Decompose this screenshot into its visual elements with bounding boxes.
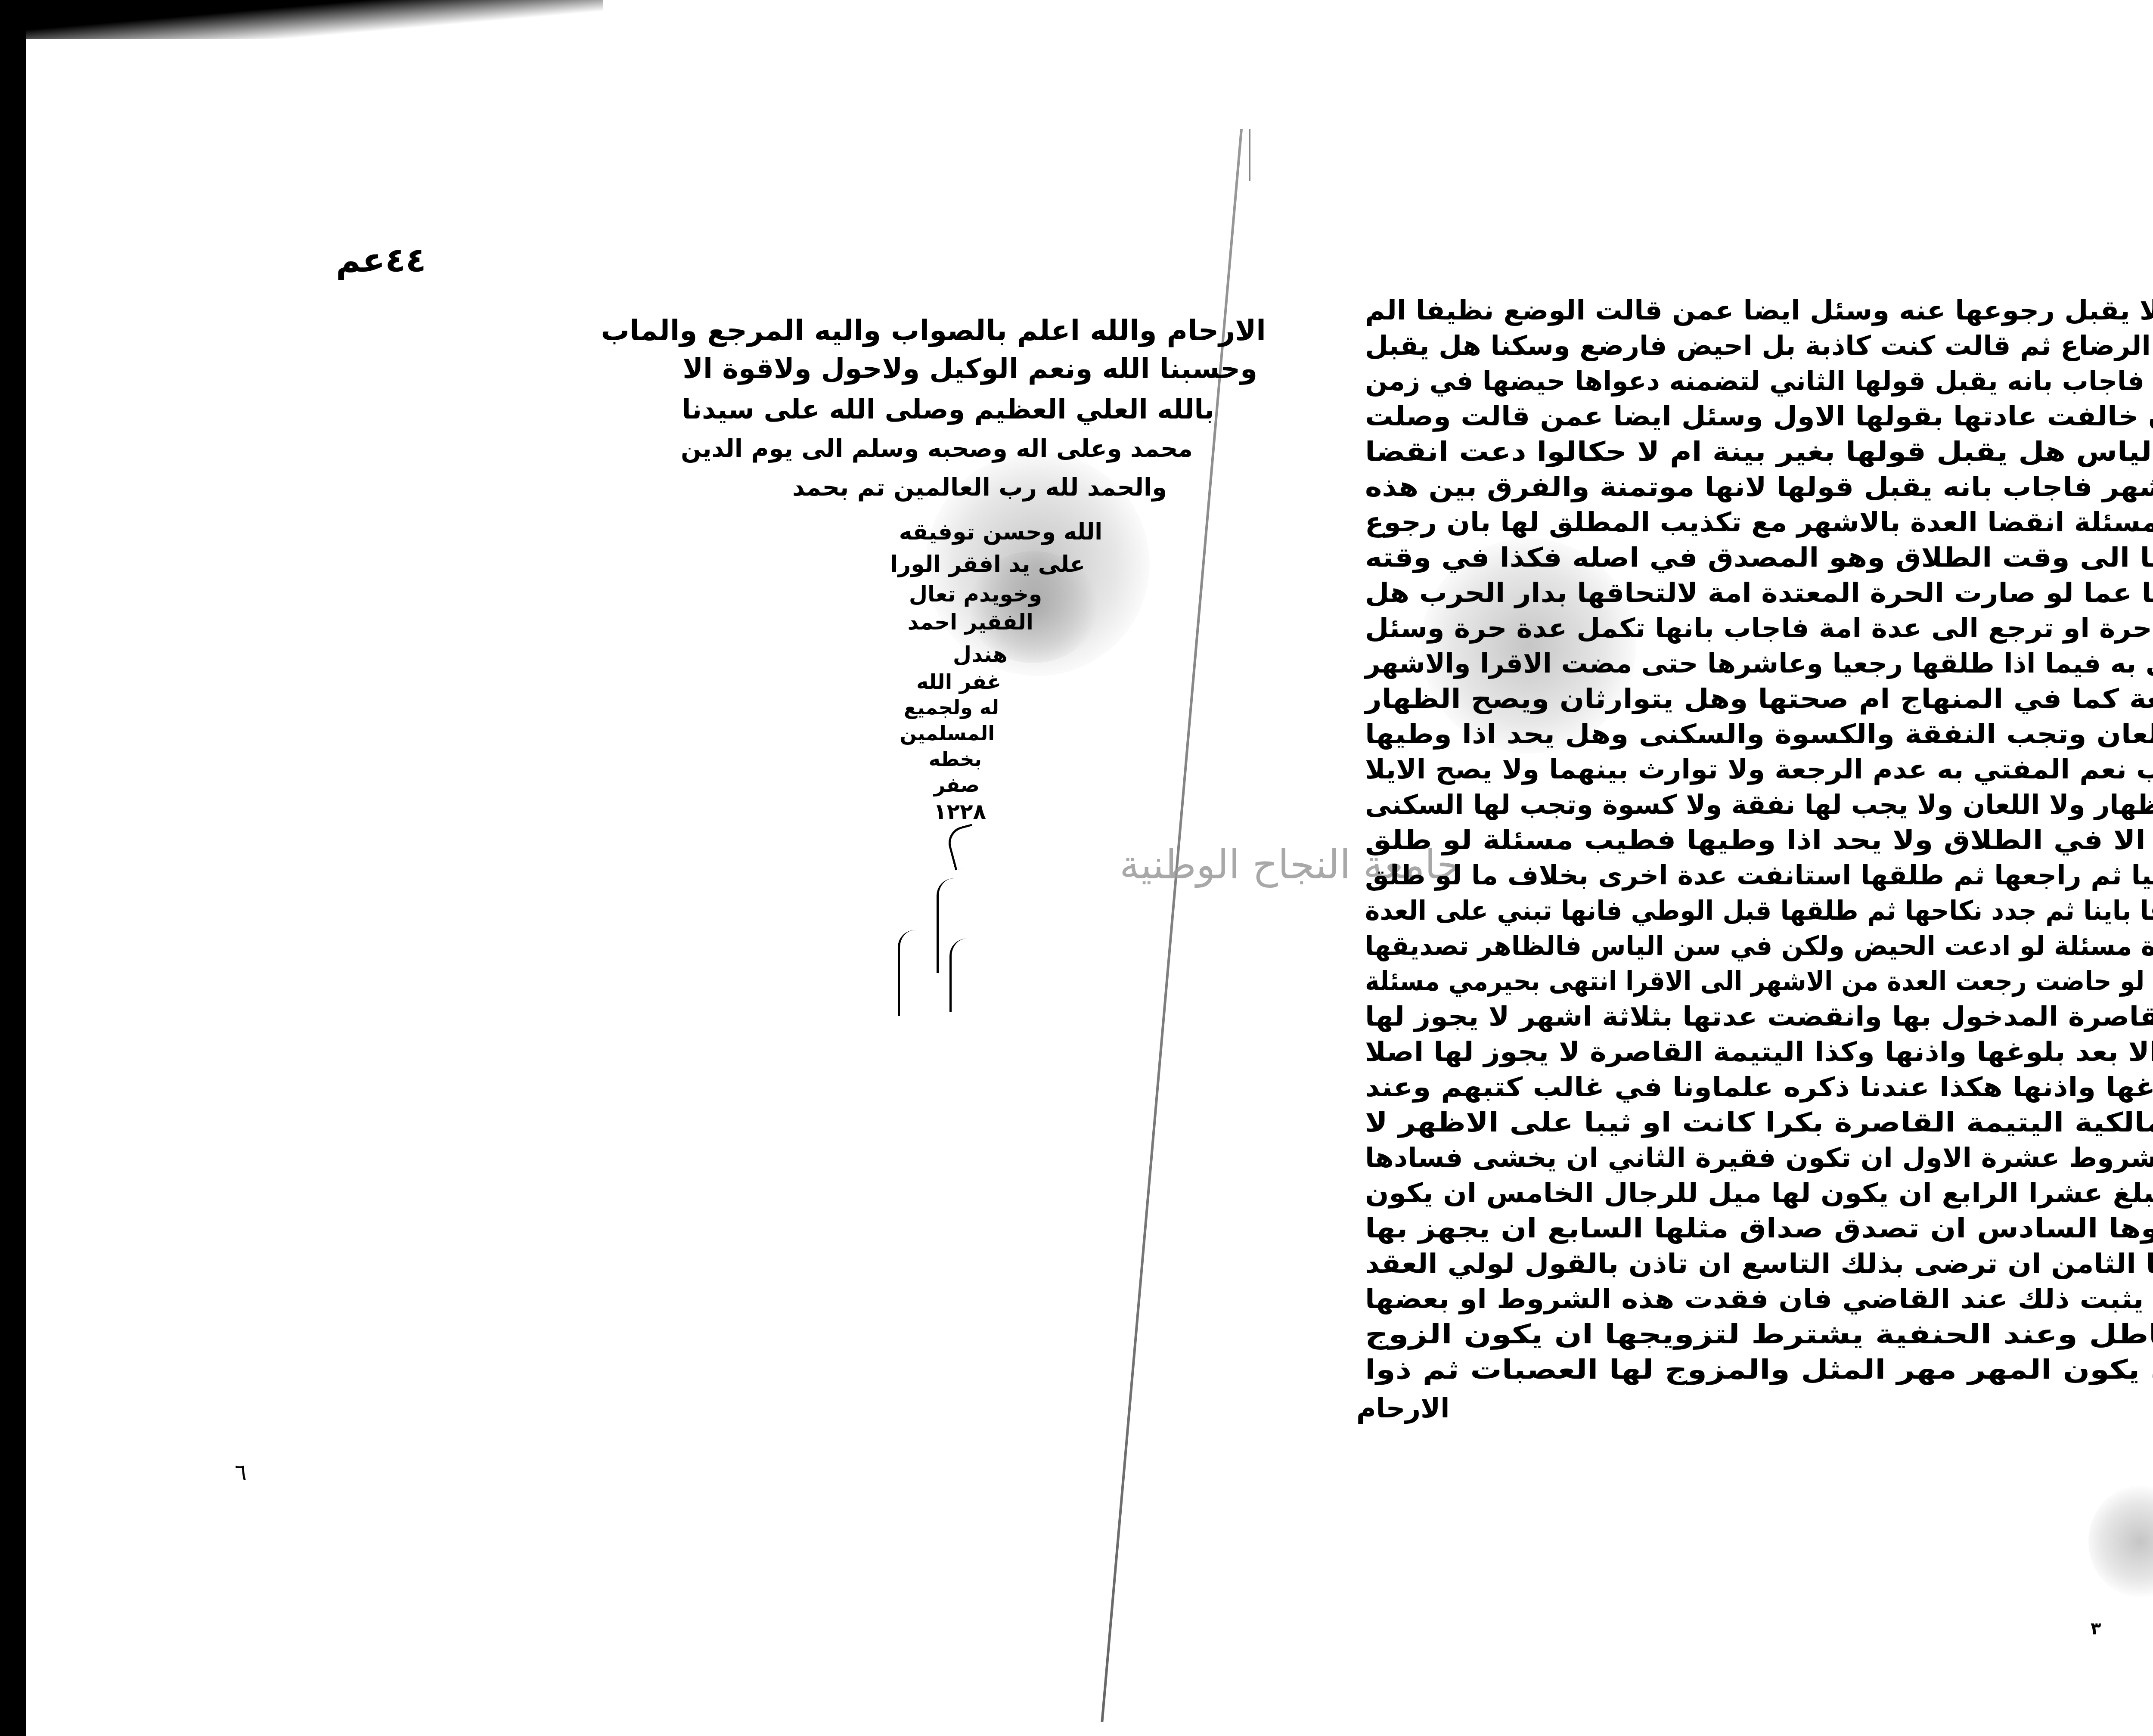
text-line: الى سن الياس هل يقبل قولها بغير بينة ام …: [1365, 438, 2153, 465]
colophon-line: وحسبنا الله ونعم الوكيل ولاحول ولاقوة ال…: [683, 355, 1257, 383]
text-line: زوجته رجعيا ثم راجعها ثم طلقها استانفت ع…: [1365, 862, 2153, 889]
text-line: احض زمن الرضاع ثم قالت كنت كاذبة بل احيض…: [1365, 332, 2153, 359]
text-line: تكمل عدة حرة او ترجع الى عدة امة فاجاب ب…: [1365, 615, 2153, 642]
text-line: لانها باين الا في الطلاق ولا يحد اذا وطي…: [1365, 827, 2153, 853]
text-line-catchword: الارحام: [1356, 1395, 1450, 1422]
colophon-line: الارحام والله اعلم بالصواب واليه المرجع …: [601, 316, 1266, 345]
colophon-flourish: [949, 939, 969, 1012]
text-line: بالاشهر فلا يقبل رجوعها عنه وسئل ايضا عم…: [1365, 297, 2153, 324]
text-line: الزوج كفوها السادس ان تصدق صداق مثلها ال…: [1365, 1215, 2153, 1242]
text-line: تتزوج الا بشروط عشرة الاول ان تكون فقيرة…: [1365, 1144, 2153, 1171]
text-line: الا بعد بلوغها واذنها هكذا عندنا ذكره عل…: [1365, 1074, 2153, 1100]
text-line: ان تتزوج الا بعد بلوغها واذنها وكذا اليت…: [1365, 1038, 2153, 1065]
manuscript-scan: جامعة النجاح الوطنية ٤٤عم الارحام والله …: [0, 0, 2153, 1736]
text-line: لو طلق القاصرة المدخول بها وانقضت عدتها …: [1365, 1003, 2153, 1030]
text-line: العاشر ان يثبت ذلك عند القاضي فان فقدت ه…: [1365, 1286, 2153, 1312]
text-line: عدم الرجعة كما في المنهاج ام صحتها وهل ي…: [1365, 685, 2153, 712]
colophon-flourish: [945, 824, 982, 871]
scanner-border-top: [0, 0, 603, 39]
text-line: فالعقد باطل وعند الحنفية يشترط لتزويجها …: [1365, 1321, 2153, 1348]
colophon-line: الفقير احمد: [908, 611, 1033, 633]
colophon-line: بالله العلي العظيم وصلى الله على سيدنا: [682, 396, 1214, 423]
text-line: وسئل ايضا عما لو صارت الحرة المعتدة امة …: [1365, 580, 2153, 606]
text-line: ام لا فاجاب نعم المفتي به عدم الرجعة ولا…: [1365, 756, 2153, 783]
text-line: زوجته طلاقا باينا ثم جدد نكاحها ثم طلقها…: [1365, 897, 2153, 924]
text-line: جهاز مثلها الثامن ان ترضى بذلك التاسع ان…: [1365, 1250, 2153, 1277]
colophon-line: على يد افقر الورا: [890, 553, 1085, 576]
colophon-line: له ولجميع: [904, 697, 999, 717]
text-line: لقولهم انها لو حاضت رجعت العدة من الاشهر…: [1365, 968, 2153, 995]
text-line: قولها ام لا فاجاب بانه يقبل قولها الثاني…: [1365, 368, 2153, 394]
colophon-line: ١٢٢٨: [934, 801, 986, 822]
text-line: الثالث اذ تبلغ عشرا الرابع ان يكون لها م…: [1365, 1180, 2153, 1206]
colophon-line: هندل: [953, 644, 1008, 665]
left-page: الارحام والله اعلم بالصواب واليه المرجع …: [301, 241, 1249, 1533]
text-line: سادتنا المالكية اليتيمة القاصرة بكرا كان…: [1365, 1109, 2153, 1136]
colophon-line: بخطه: [929, 749, 982, 769]
text-line: الاولى زيادة مسئلة لو ادعت الحيض ولكن في…: [1365, 933, 2153, 959]
right-page: بالاشهر فلا يقبل رجوعها عنه وسئل ايضا عم…: [1343, 284, 2153, 1576]
colophon-line: الله وحسن توفيقه: [899, 521, 1102, 543]
colophon-line: والحمد لله رب العالمين تم بحمد: [792, 476, 1167, 500]
colophon-line: المسلمين: [900, 723, 995, 743]
text-line: العدة بالاشهر فاجاب بانه يقبل قولها لانه…: [1365, 474, 2153, 500]
text-line: المسئلة ومسئلة انقضا العدة بالاشهر مع تك…: [1365, 509, 2153, 536]
colophon-line: صفر: [934, 775, 980, 795]
colophon-line: وخويدم تعال: [909, 583, 1042, 605]
text-line: والايلا واللعان وتجب النفقة والكسوة والس…: [1365, 721, 2153, 747]
text-line: النزاع فيها الى وقت الطلاق وهو المصدق في…: [1365, 544, 2153, 571]
text-line: منها ولا الظهار ولا اللعان ولا يجب لها ن…: [1365, 791, 2153, 818]
bottom-mark: ٣: [2091, 1619, 2101, 1639]
binding-gutter-top: [1249, 129, 1250, 181]
text-line: كفوا وان يكون المهر مهر المثل والمزوج له…: [1365, 1356, 2153, 1383]
colophon-flourish: [898, 930, 917, 1016]
text-line: هل المفتي به فيما اذا طلقها رجعيا وعاشره…: [1365, 650, 2153, 677]
scanner-border-left: [0, 0, 26, 1736]
colophon-line: محمد وعلى اله وصحبه وسلم الى يوم الدين: [681, 437, 1193, 461]
text-line: امكانه وان خالفت عادتها بقولها الاول وسئ…: [1365, 403, 2153, 430]
corner-mark: ٦: [235, 1460, 247, 1485]
colophon-line: غفر الله: [916, 672, 1001, 692]
